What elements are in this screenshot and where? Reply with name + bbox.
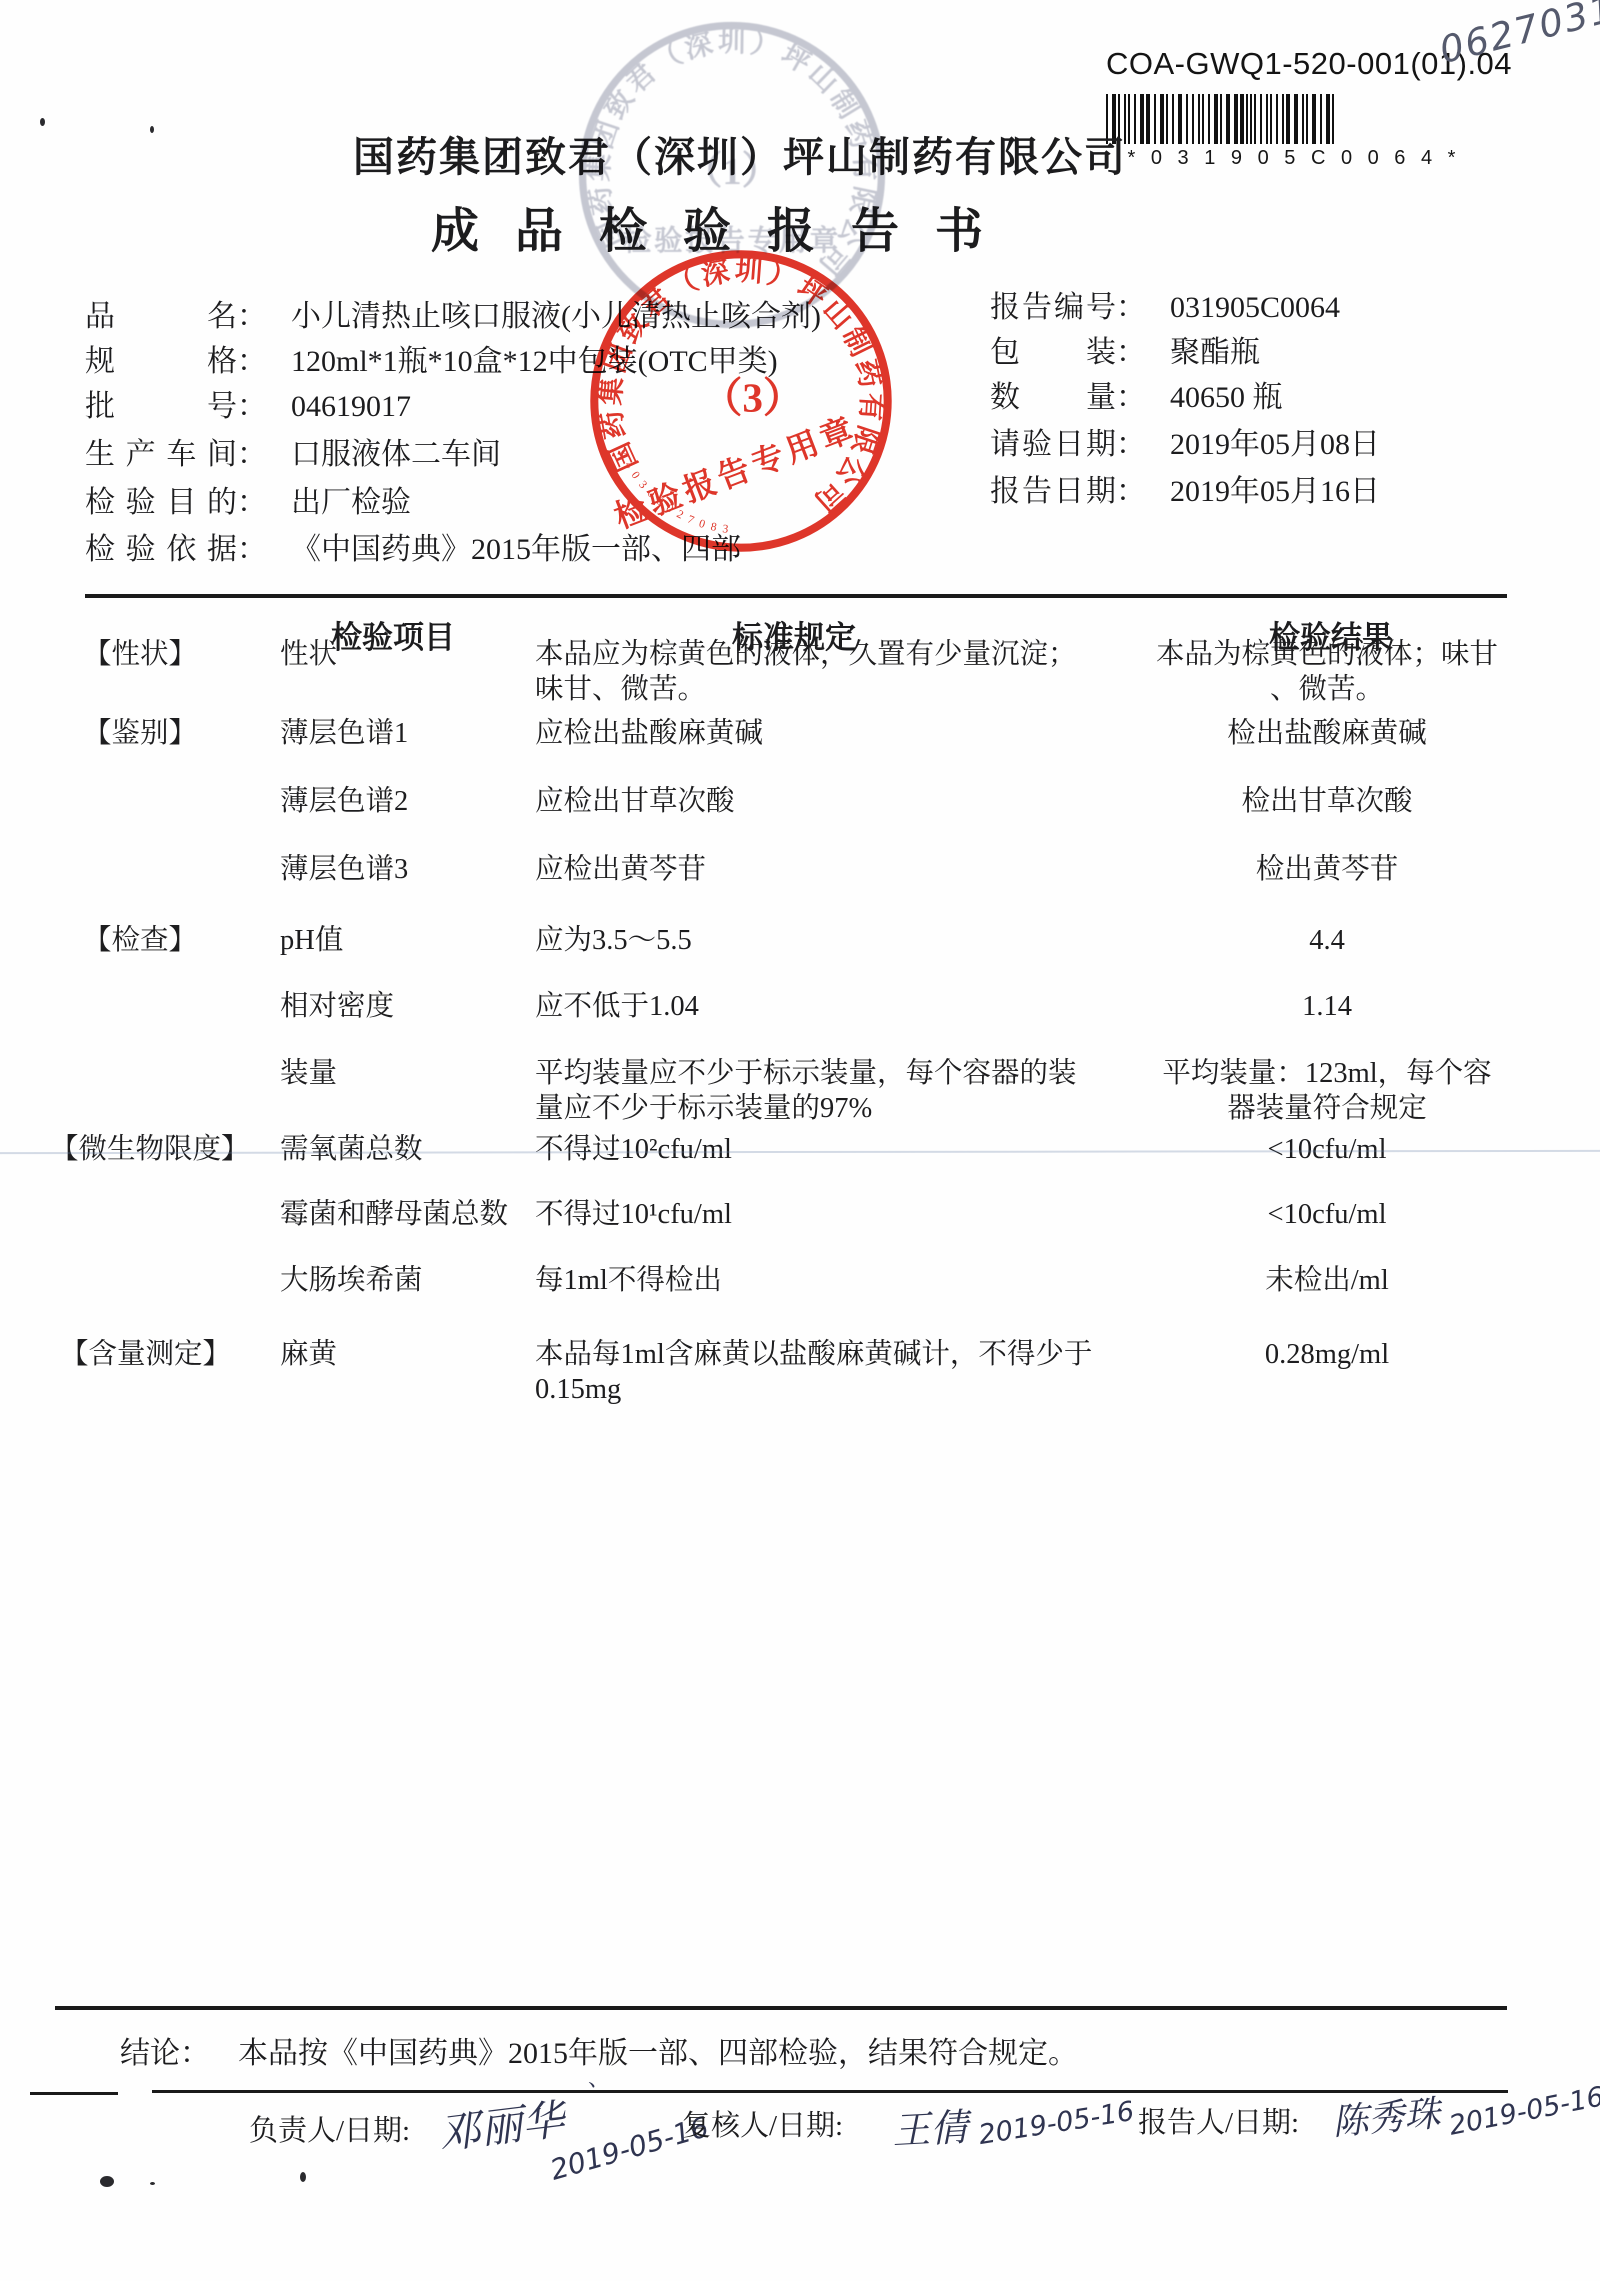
conclusion-label: 结论： xyxy=(120,2037,210,2070)
ink-speck xyxy=(100,2176,114,2187)
reviewer-signature: 王倩 xyxy=(891,2096,970,2155)
table-top-rule xyxy=(85,594,1507,598)
ink-speck xyxy=(150,126,154,133)
ink-speck xyxy=(300,2172,306,2182)
conclusion-text: 本品按《中国药典》2015年版一部、四部检验，结果符合规定。 xyxy=(238,2037,1078,2070)
field-report-date: 报告日期：2019年05月16日 xyxy=(990,466,1380,510)
conclusion-top-rule xyxy=(55,2006,1507,2010)
red-stamp-number: （3） xyxy=(701,375,804,421)
field-report-no: 报告编号：031905C0064 xyxy=(990,282,1340,326)
responsible-signature: 邓丽华 xyxy=(435,2087,567,2162)
reporter-label: 报告人/日期: xyxy=(1138,2100,1299,2141)
gray-stamp-number: （1） xyxy=(684,151,780,193)
field-purpose: 检验目的：出厂检验 xyxy=(85,477,411,521)
handwritten-code: 0627031 xyxy=(1435,0,1600,72)
field-quantity: 数量：40650 瓶 xyxy=(990,372,1283,416)
reviewer-label: 复核人/日期: xyxy=(682,2103,843,2144)
reporter-signature: 陈秀珠 xyxy=(1330,2085,1442,2145)
ink-tick: 、 xyxy=(588,2062,610,2093)
field-request-date: 请验日期：2019年05月08日 xyxy=(990,419,1380,463)
ink-speck xyxy=(40,118,45,126)
field-workshop: 生产车间：口服液体二车间 xyxy=(85,429,501,473)
signature-rule xyxy=(152,2090,1508,2093)
field-package: 包装：聚酯瓶 xyxy=(990,327,1260,371)
field-batch-no: 批号：04619017 xyxy=(85,381,411,425)
red-inspection-stamp: 国药集团致君（深圳）坪山制药有限公司 （3） 检验报告专用章 4 4 0 3 0… xyxy=(563,240,919,562)
coa-document-page: COA-GWQ1-520-001(01).04 0627031 * 0 3 1 … xyxy=(0,0,1600,2281)
responsible-label: 负责人/日期: xyxy=(249,2108,410,2149)
signature-rule-left xyxy=(30,2092,118,2095)
ink-speck xyxy=(150,2182,155,2185)
reviewer-date: 2019-05-16 xyxy=(977,2096,1137,2151)
